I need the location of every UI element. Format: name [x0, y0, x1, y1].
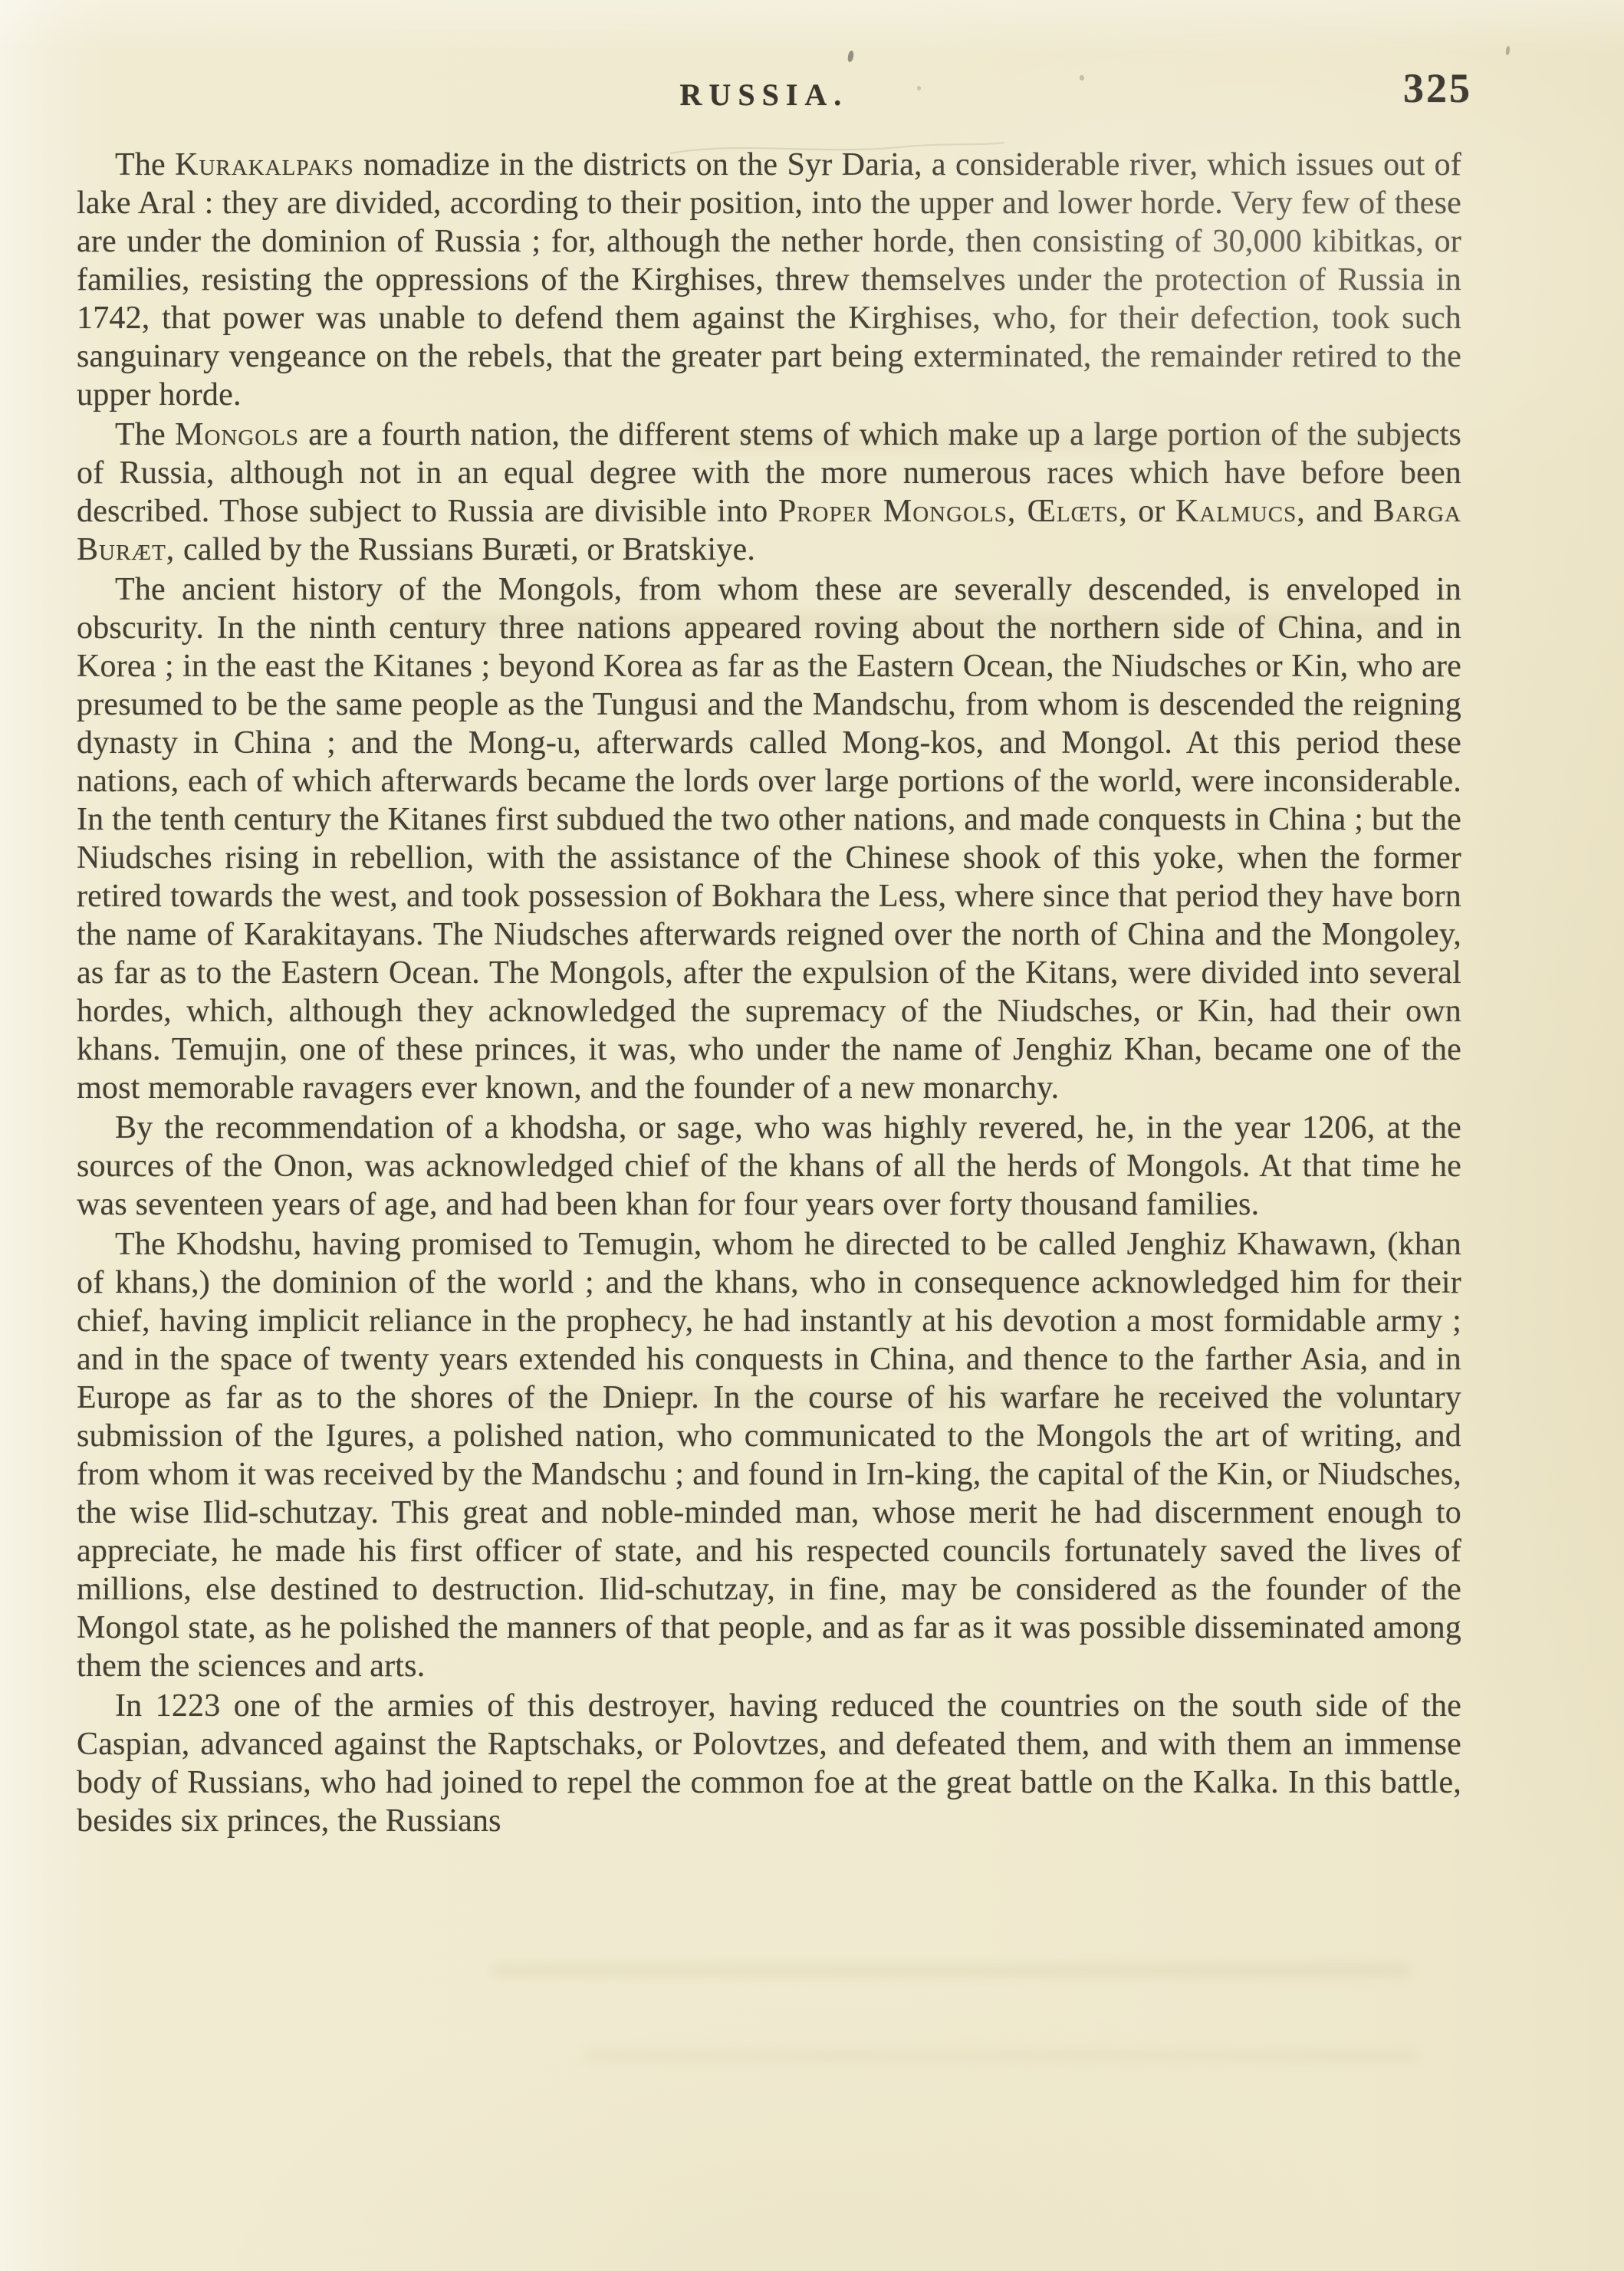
paragraph-ancient-history: The ancient history of the Mongols, from… — [77, 570, 1461, 1107]
scanned-book-page: RUSSIA. 325 The Kurakalpaks nomadize in … — [0, 0, 1624, 2271]
body-text: The Kurakalpaks nomadize in the district… — [77, 146, 1461, 1842]
show-through-smudge — [491, 1963, 1411, 1978]
paragraph-mongols-nation: The Mongols are a fourth nation, the dif… — [77, 416, 1461, 569]
body-text-segment: By the recommendation of a khodsha, or s… — [77, 1110, 1461, 1222]
small-caps-term: Proper Mongols, Œlœts, — [778, 494, 1128, 529]
paragraph-kurakalpaks: The Kurakalpaks nomadize in the district… — [77, 146, 1461, 414]
running-head: RUSSIA. — [680, 77, 849, 113]
ink-fleck — [1505, 46, 1511, 56]
paragraph-khodsha-1206: By the recommendation of a khodsha, or s… — [77, 1109, 1461, 1224]
body-text-segment: and — [1306, 494, 1373, 529]
body-text-segment: The — [115, 417, 175, 452]
body-text-segment: In 1223 one of the armies of this destro… — [77, 1688, 1461, 1839]
body-text-segment: The Khodshu, having promised to Temugin,… — [77, 1227, 1461, 1684]
show-through-smudge — [583, 2049, 1419, 2062]
ink-fleck — [847, 50, 855, 62]
small-caps-term: Kalmucs, — [1175, 494, 1306, 529]
body-text-segment: nomadize in the districts on the Syr Dar… — [77, 147, 1461, 412]
paragraph-khodshu-conquests: The Khodshu, having promised to Temugin,… — [77, 1225, 1461, 1685]
paragraph-kalka-1223: In 1223 one of the armies of this destro… — [77, 1687, 1461, 1840]
body-text-segment: called by the Russians Buræti, or Bratsk… — [175, 532, 755, 567]
body-text-segment: The ancient history of the Mongols, from… — [77, 572, 1461, 1106]
page-number: 325 — [1403, 64, 1472, 112]
small-caps-term: Mongols — [175, 417, 299, 452]
body-text-segment: or — [1128, 494, 1175, 529]
small-caps-term: Kurakalpaks — [175, 147, 354, 182]
body-text-segment: The — [115, 147, 175, 182]
page-header: RUSSIA. 325 — [77, 69, 1461, 123]
